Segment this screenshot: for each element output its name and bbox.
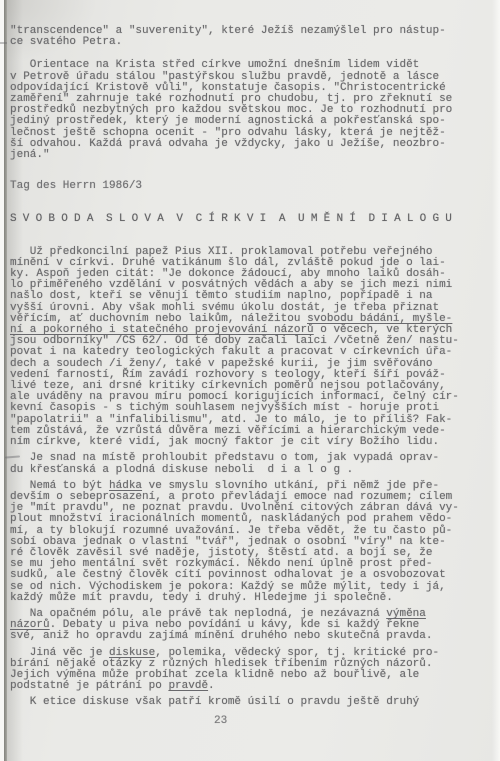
text-line: du křesťanská a plodná diskuse neboli d …	[10, 465, 492, 476]
pencil-mark-top	[0, 42, 7, 44]
text-segment: Tag des Herrn 1986/3	[10, 180, 142, 192]
text-segment: dech a soudech /i ženy/, také v papežské…	[10, 358, 432, 370]
scanned-page: "transcendence" a "suverenity", které Je…	[0, 0, 500, 761]
text-segment: kevní časopis - s tichým souhlasem nejvy…	[10, 402, 439, 414]
paragraph: Jiná věc je diskuse, polemika, vědecký s…	[10, 648, 492, 693]
text-segment: Je snad na místě prohloubit představu o …	[10, 452, 439, 464]
text-segment: vyšší úrovni. Aby však mohli svému úkolu…	[10, 302, 439, 314]
text-segment: v Petrově úřadu stálou "pastýřskou služb…	[10, 71, 439, 83]
text-segment: podstatné je pátrání po	[10, 680, 168, 692]
page-edge-right	[492, 0, 500, 761]
text-segment: "papolatrii" a "infalibilismu", atd. Je …	[10, 414, 452, 426]
text-line: své, aniž ho opravdu zajímá mínění druhé…	[10, 631, 492, 642]
text-line: jená."	[10, 150, 492, 161]
text-line: ší odvahou. Každá pravá odvaha je vždyck…	[10, 139, 492, 150]
text-segment: mí, a ty blokují rozumné uvažování. Je t…	[10, 525, 452, 537]
text-segment: sobí obava jednak o vlastní "tvář", jedn…	[10, 536, 446, 548]
paragraph: Orientace na Krista střed církve umožní …	[10, 60, 492, 161]
text-segment: ce svatého Petra.	[10, 36, 122, 48]
text-segment: ním církve, které vidí, jak mocný faktor…	[10, 436, 439, 448]
text-segment: Jiná věc je	[10, 647, 109, 659]
paragraph: K etice diskuse však patří kromě úsilí o…	[10, 697, 492, 708]
text-line: S V O B O D A S L O V A V C Í R K V I A …	[10, 214, 492, 225]
text-segment: lečnost ještě schopna ocenit - "pro odva…	[10, 127, 446, 139]
text-line: K etice diskuse však patří kromě úsilí o…	[10, 697, 492, 708]
section-heading: S V O B O D A S L O V A V C Í R K V I A …	[10, 214, 492, 225]
text-line: podstatné je pátrání po pravdě.	[10, 681, 492, 692]
text-segment: Už předkoncilní papež Pius XII. proklamo…	[10, 246, 432, 258]
text-segment: ve smyslu slovního utkání, při němž jde …	[142, 480, 439, 492]
text-segment: našlo dost, kteří se věnují těmto studií…	[10, 290, 432, 302]
paragraph: "transcendence" a "suverenity", které Je…	[10, 26, 492, 48]
text-segment: jená."	[10, 149, 50, 161]
text-segment: Nemá to být	[10, 480, 109, 492]
paragraph: Je snad na místě prohloubit představu o …	[10, 453, 492, 475]
text-line: Tag des Herrn 1986/3	[10, 181, 492, 192]
text-segment: své, aniž ho opravdu zajímá mínění druhé…	[10, 630, 432, 642]
page-number: 23	[214, 715, 227, 727]
source-citation: Tag des Herrn 1986/3	[10, 181, 492, 192]
text-segment: .	[208, 680, 215, 692]
text-segment: každý může mít pravdu, tedy i druhý. Hle…	[10, 592, 393, 604]
text-segment: ší odvahou. Každá pravá odvaha je vždyck…	[10, 138, 446, 150]
underlined-text: pravdě	[168, 680, 208, 692]
document-text: "transcendence" a "suverenity", které Je…	[10, 26, 492, 709]
text-segment: plout množství iracionálních momentů, na…	[10, 513, 452, 525]
text-segment: sudků, ale čestný člověk cítí povinnost …	[10, 569, 446, 581]
text-line: každý může mít pravdu, tedy i druhý. Hle…	[10, 593, 492, 604]
paragraph: Už předkoncilní papež Pius XII. proklamo…	[10, 247, 492, 449]
text-segment: Orientace na Krista střed církve umožní …	[10, 59, 419, 71]
text-line: ním církve, které vidí, jak mocný faktor…	[10, 437, 492, 448]
text-segment: du křesťanská a plodná diskuse neboli d …	[10, 464, 353, 476]
text-segment: odpovídající Kristově vůli", konstatuje …	[10, 82, 446, 94]
text-segment: , polemika, vědecký spor, tj. kritické p…	[155, 647, 439, 659]
text-segment: se od nich. Východiskem je pokora: Každý…	[10, 581, 446, 593]
paragraph: Na opačném pólu, ale právě tak neplodná,…	[10, 609, 492, 643]
text-segment: povat i na katedry teologických fakult a…	[10, 346, 452, 358]
text-segment: jediný prostředek, který je moderní agno…	[10, 115, 446, 127]
underlined-text: hádka	[109, 480, 142, 492]
text-segment: S V O B O D A S L O V A V C Í R K V I A …	[10, 213, 452, 225]
text-segment: K etice diskuse však patří kromě úsilí o…	[10, 696, 419, 708]
text-segment: bírání nějaké otázky z různých hledisek …	[10, 658, 432, 670]
text-line: ce svatého Petra.	[10, 37, 492, 48]
underlined-text: diskuse	[109, 647, 155, 659]
paragraph: Nemá to být hádka ve smyslu slovního utk…	[10, 481, 492, 604]
